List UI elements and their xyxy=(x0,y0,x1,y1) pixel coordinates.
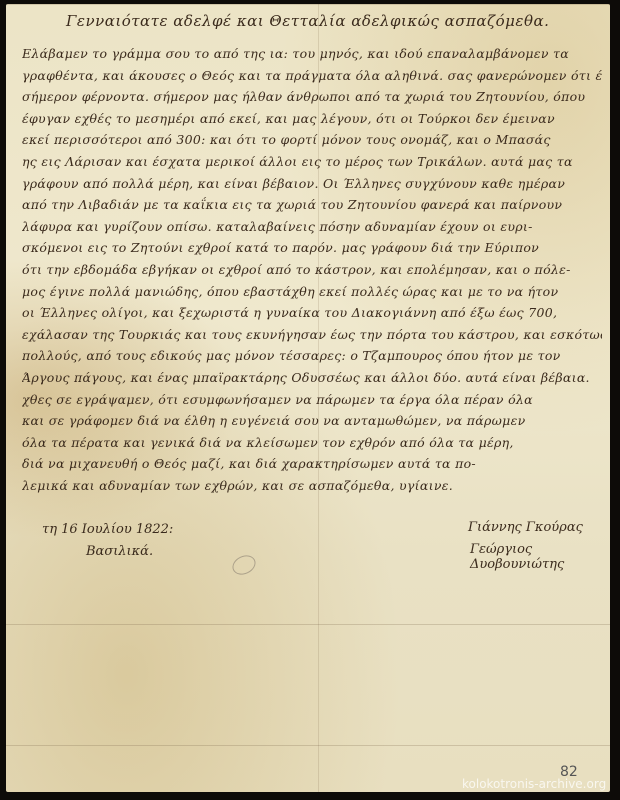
body-line: λάφυρα και γυρίζουν οπίσω. καταλαβαίνεις… xyxy=(22,219,602,241)
body-line: μος έγινε πολλά μανιώδης, όπου εβαστάχθη… xyxy=(22,284,602,306)
letter-body: Ελάβαμεν το γράμμα σου το από της ια: το… xyxy=(22,46,602,499)
body-line: Ελάβαμεν το γράμμα σου το από της ια: το… xyxy=(22,46,602,68)
body-line: ότι την εβδομάδα εβγήκαν οι εχθροί από τ… xyxy=(22,262,602,284)
body-line: όλα τα πέρατα και γενικά διά να κλείσωμε… xyxy=(22,435,602,457)
body-line: σκόμενοι εις το Ζητούνι εχθροί κατά το π… xyxy=(22,240,602,262)
body-line: γράφουν από πολλά μέρη, και είναι βέβαιο… xyxy=(22,176,602,198)
body-line: και σε γράφομεν διά να έλθη η ευγένειά σ… xyxy=(22,413,602,435)
watermark: kolokotronis-archive.org xyxy=(462,777,606,791)
pencil-oval-mark xyxy=(229,552,258,578)
letter-date: τη 16 Ιουλίου 1822: xyxy=(42,522,173,537)
fold-line xyxy=(6,4,610,5)
body-line: οι Έλληνες ολίγοι, και ξεχωριστά η γυναί… xyxy=(22,305,602,327)
body-line: έφυγαν εχθές το μεσημέρι από εκεί, και μ… xyxy=(22,111,602,133)
letter-salutation: Γενναιότατε αδελφέ και Θετταλία αδελφικώ… xyxy=(66,12,549,30)
body-line: γραφθέντα, και άκουσες ο Θεός και τα πρά… xyxy=(22,68,602,90)
body-line: από την Λιβαδιάν με τα καΐκια εις τα χωρ… xyxy=(22,197,602,219)
manuscript-page: Γενναιότατε αδελφέ και Θετταλία αδελφικώ… xyxy=(6,4,610,792)
body-line: Άργους πάγους, και ένας μπαϊρακτάρης Οδυ… xyxy=(22,370,602,392)
body-line: πολλούς, από τους εδικούς μας μόνον τέσσ… xyxy=(22,348,602,370)
body-line: χθες σε εγράψαμεν, ότι εσυμφωνήσαμεν να … xyxy=(22,392,602,414)
fold-line xyxy=(6,745,610,746)
body-line: εκεί περισσότεροι από 300: και ότι το φο… xyxy=(22,132,602,154)
body-line: λεμικά και αδυναμίαν των εχθρών, και σε … xyxy=(22,478,602,500)
letter-place: Βασιλικά. xyxy=(86,544,153,559)
fold-line xyxy=(6,624,610,625)
body-line: σήμερον φέρνοντα. σήμερον μας ήλθαν άνθρ… xyxy=(22,89,602,111)
body-line: εχάλασαν της Τουρκιάς και τους εκυνήγησα… xyxy=(22,327,602,349)
signature-1: Γιάννης Γκούρας xyxy=(468,520,583,535)
signature-2: Γεώργιος Δυοβουνιώτης xyxy=(470,542,610,572)
body-line: ης εις Λάρισαν και έσχατα μερικοί άλλοι … xyxy=(22,154,602,176)
body-line: διά να μιχανευθή ο Θεός μαζί, και διά χα… xyxy=(22,456,602,478)
